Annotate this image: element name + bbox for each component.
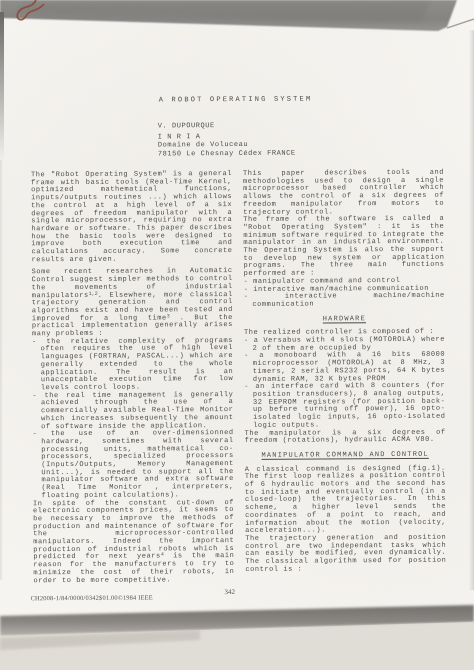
problem-bullet: - the use of an over-dimensionned hardwa… [33,430,234,501]
problem-bullet: - the real time management is generally … [32,392,233,432]
page-number: 342 [225,588,236,596]
hardware-bullet: - an interface card with 8 counters (for… [244,383,445,430]
command-paragraph: A classical command is designed (fig.1).… [245,465,446,536]
section-heading-hardware: HARDWARE [244,315,445,324]
citation-ref: 1,2 [89,290,98,296]
copyright-line: CH2008-1/84/0000/0342$01.00©1984 IEEE [31,595,153,603]
function-bullet: - interactive machine/machine communicat… [244,293,445,310]
author-block: V. DUPOURQUE I N R I A Domaine de Voluce… [158,122,296,159]
left-column: The "Robot Operating System" is a genera… [31,171,235,585]
author-name: V. DUPOURQUE [158,122,296,131]
intro-paragraph: Some recent researches in Automatic Cont… [32,268,233,339]
page-content: A ROBOT OPERATING SYSTEM V. DUPOURQUE I … [0,0,474,670]
right-column: This paper describes tools and methodolo… [243,170,447,584]
section-heading-command-control: MANIPULATOR COMMAND AND CONTROL [245,452,446,461]
motivation-paragraph: In spite of the constant cut-down of ele… [33,500,235,586]
abstract-paragraph: The "Robot Operating System" is a genera… [31,171,233,265]
problem-bullet: - the relative complexity of programs of… [32,338,233,393]
author-address-line2: 78150 Le Chesnay Cédex FRANCE [158,149,296,158]
overview-paragraph: This paper describes tools and methodolo… [243,170,444,217]
two-column-body: The "Robot Operating System" is a genera… [31,170,448,586]
trajectory-paragraph: The trajectory generation and position c… [245,535,446,575]
hardware-bullet: - a monoboard with a 16 bits 68000 micro… [244,352,445,384]
scanned-page: A ROBOT OPERATING SYSTEM V. DUPOURQUE I … [0,0,474,670]
page-title: A ROBOT OPERATING SYSTEM [0,95,473,106]
ros-description-paragraph: The frame of the software is called a "R… [243,216,444,279]
manipulator-paragraph: The manipulator is a six degrees of free… [245,429,446,446]
